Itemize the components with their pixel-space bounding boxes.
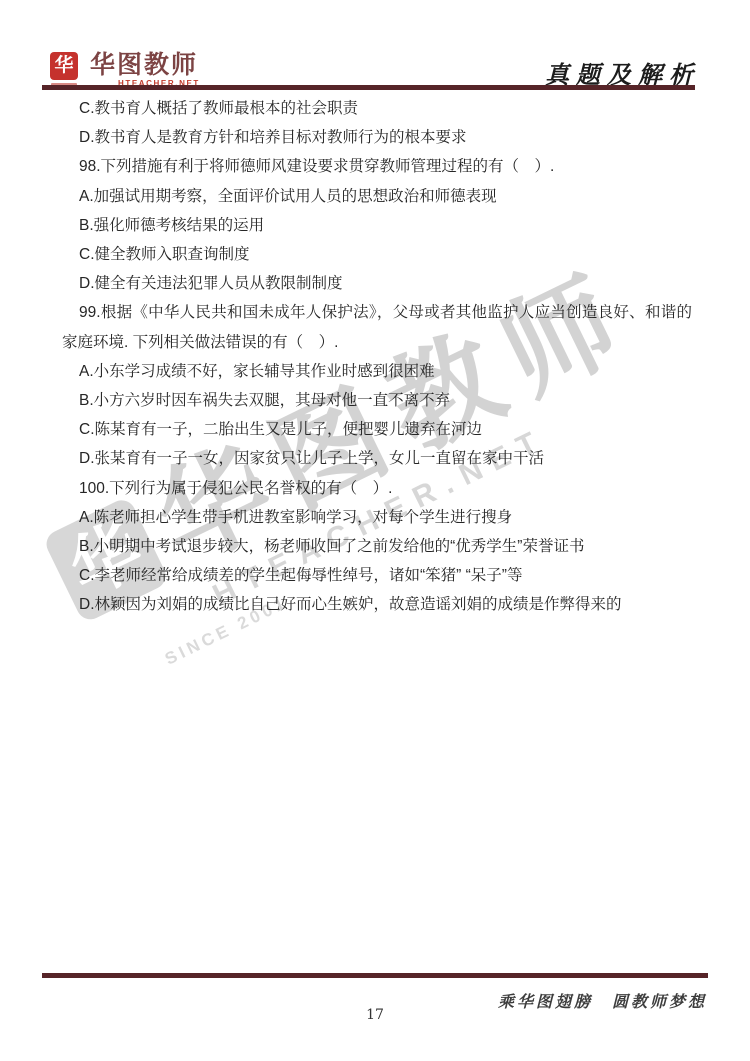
document-page: 华 华图教师 HTEACHER.NET SINCE 2001 华 华图教师 HT…: [0, 0, 750, 1061]
body-paragraph: A.加强试用期考察，全面评价试用人员的思想政治和师德表现: [62, 182, 692, 211]
body-paragraph: C.教书育人概括了教师最根本的社会职责: [62, 94, 692, 123]
body-paragraph: 98.下列措施有利于将师德师风建设要求贯穿教师管理过程的有（ ）.: [62, 152, 692, 181]
brand-name: 华图教师: [90, 52, 200, 78]
body-paragraph: A.小东学习成绩不好，家长辅导其作业时感到很困难: [62, 357, 692, 386]
body-paragraph: D.张某育有一子一女，因家贫只让儿子上学，女儿一直留在家中干活: [62, 444, 692, 473]
body-paragraph: 99.根据《中华人民共和国未成年人保护法》，父母或者其他监护人应当创造良好、和谐…: [62, 298, 692, 356]
page-number: 17: [0, 1007, 750, 1023]
body-paragraph: B.小明期中考试退步较大，杨老师收回了之前发给他的“优秀学生”荣誉证书: [62, 532, 692, 561]
body-paragraph: C.健全教师入职查询制度: [62, 240, 692, 269]
body-paragraph: D.健全有关违法犯罪人员从教限制制度: [62, 269, 692, 298]
body-paragraph: 100.下列行为属于侵犯公民名誉权的有（ ）.: [62, 474, 692, 503]
body-paragraph: C.李老师经常给成绩差的学生起侮辱性绰号，诸如“笨猪” “呆子”等: [62, 561, 692, 590]
body-paragraph: C.陈某育有一子，二胎出生又是儿子，便把婴儿遗弃在河边: [62, 415, 692, 444]
header-rule: [42, 85, 695, 90]
footer-rule: [42, 973, 708, 978]
body-paragraph: B.强化师德考核结果的运用: [62, 211, 692, 240]
brand-text-block: 华图教师 HTEACHER.NET: [90, 52, 200, 88]
brand-logo-icon: 华: [50, 52, 78, 80]
body-paragraph: D.林颖因为刘娟的成绩比自己好而心生嫉妒，故意造谣刘娟的成绩是作弊得来的: [62, 590, 692, 619]
body-paragraph: A.陈老师担心学生带手机进教室影响学习，对每个学生进行搜身: [62, 503, 692, 532]
body-paragraph: D.教书育人是教育方针和培养目标对教师行为的根本要求: [62, 123, 692, 152]
question-text-block: C.教书育人概括了教师最根本的社会职责D.教书育人是教育方针和培养目标对教师行为…: [62, 94, 692, 620]
body-paragraph: B.小方六岁时因车祸失去双腿，其母对他一直不离不弃: [62, 386, 692, 415]
